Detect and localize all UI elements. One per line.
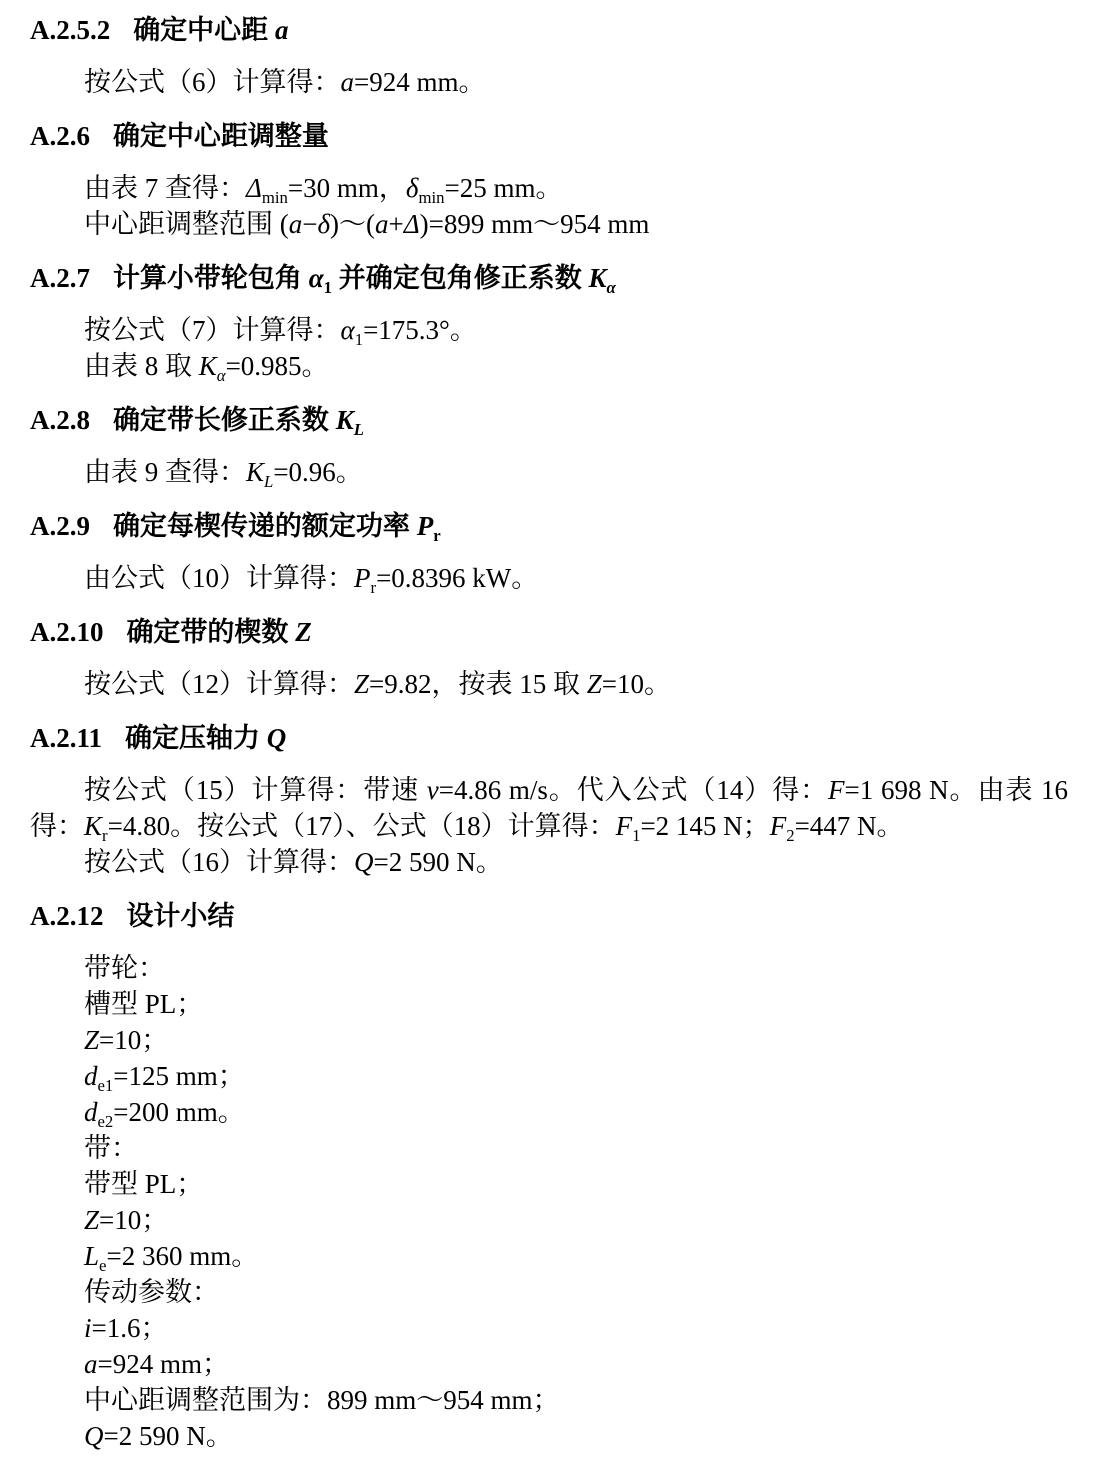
text-segment: a [341,67,355,97]
text-segment: =2 590 N。 [374,847,503,877]
paragraph: 按公式（6）计算得：a=924 mm。 [30,64,1068,100]
document-body: A.2.5.2确定中心距 a按公式（6）计算得：a=924 mm。A.2.6确定… [30,12,1068,1454]
text-segment: )～( [330,209,375,239]
text-segment: a [275,15,289,45]
section-title: 确定每楔传递的额定功率 Pr [113,511,441,541]
text-segment: 由表 8 取 [84,351,199,381]
text-segment: =200 mm。 [113,1097,244,1127]
section-number: A.2.11 [30,723,102,753]
text-segment: 传动参数： [84,1277,219,1307]
text-segment: + [389,209,404,239]
paragraph: Z=10； [30,1022,1068,1058]
text-segment: 带： [84,1133,138,1163]
text-segment: 确定中心距调整量 [113,121,329,151]
text-segment: =447 N。 [795,811,904,841]
text-segment: 并确定包角修正系数 [332,263,589,293]
paragraph: 按公式（7）计算得：α1=175.3°。 [30,312,1068,348]
text-segment: a [375,209,389,239]
text-segment: r [433,526,440,545]
text-segment: =2 145 N； [640,811,769,841]
text-segment: δ [406,173,419,203]
document-page: A.2.5.2确定中心距 a按公式（6）计算得：a=924 mm。A.2.6确定… [0,0,1098,1474]
text-segment: e2 [98,1112,114,1131]
paragraph: de2=200 mm。 [30,1094,1068,1130]
text-segment: K [84,811,102,841]
text-segment: d [84,1097,98,1127]
section-heading: A.2.9确定每楔传递的额定功率 Pr [30,508,1068,544]
text-segment: a [84,1349,98,1379]
text-segment: =125 mm； [113,1061,244,1091]
text-segment: Q [354,847,374,877]
paragraph: 中心距调整范围为：899 mm～954 mm； [30,1382,1068,1418]
text-segment: min [262,188,288,207]
text-segment: )=899 mm～954 mm [420,209,650,239]
text-segment: 按公式（12）计算得： [84,669,354,699]
paragraph: 按公式（12）计算得：Z=9.82，按表 15 取 Z=10。 [30,666,1068,702]
text-segment: 中心距调整范围为：899 mm～954 mm； [84,1385,560,1415]
paragraph: de1=125 mm； [30,1058,1068,1094]
text-segment: 中心距调整范围 ( [84,209,289,239]
text-segment: =10。 [602,669,671,699]
section-title: 确定带长修正系数 KL [113,405,364,435]
text-segment: K [199,351,217,381]
text-segment: 由表 9 查得： [84,457,246,487]
section-number: A.2.12 [30,901,104,931]
section-number: A.2.7 [30,263,90,293]
text-segment: 按公式（7）计算得： [84,315,341,345]
text-segment: 槽型 PL； [84,989,203,1019]
paragraph: Q=2 590 N。 [30,1418,1068,1454]
section-number: A.2.8 [30,405,90,435]
text-segment: Z [84,1205,99,1235]
text-segment: 带型 PL； [84,1169,203,1199]
text-segment: 由表 7 查得： [84,173,246,203]
text-segment: α [217,366,226,385]
text-segment: Z [587,669,602,699]
section-heading: A.2.8确定带长修正系数 KL [30,402,1068,438]
text-segment: K [336,405,354,435]
text-segment: 2 [786,826,794,845]
text-segment: Z [354,669,369,699]
paragraph: 传动参数： [30,1274,1068,1310]
text-segment: Q [267,723,287,753]
text-segment: Z [84,1025,99,1055]
text-segment: α [607,278,616,297]
paragraph: 带型 PL； [30,1166,1068,1202]
text-segment: P [417,511,434,541]
section-heading: A.2.12设计小结 [30,898,1068,934]
text-segment: L [84,1241,99,1271]
section-heading: A.2.5.2确定中心距 a [30,12,1068,48]
text-segment: d [84,1061,98,1091]
text-segment: min [418,188,444,207]
text-segment: K [589,263,607,293]
text-segment: =2 360 mm。 [106,1241,258,1271]
section-heading: A.2.6确定中心距调整量 [30,118,1068,154]
section-heading: A.2.11确定压轴力 Q [30,720,1068,756]
paragraph: 带轮： [30,950,1068,986]
text-segment: i [84,1313,92,1343]
text-segment: =2 590 N。 [104,1421,233,1451]
paragraph: i=1.6； [30,1310,1068,1346]
text-segment: =1.6； [92,1313,168,1343]
text-segment: 确定带长修正系数 [113,405,336,435]
text-segment: =25 mm。 [445,173,563,203]
section-title: 计算小带轮包角 α1 并确定包角修正系数 Kα [113,263,616,293]
text-segment: L [354,420,364,439]
text-segment: P [354,563,371,593]
text-segment: F [770,811,787,841]
text-segment: Q [84,1421,104,1451]
text-segment: =4.86 m/s。代入公式（14）得： [439,775,828,805]
text-segment: 1 [355,330,363,349]
text-segment: =9.82，按表 15 取 [369,669,587,699]
text-segment: F [828,775,845,805]
paragraph: 由表 8 取 Kα=0.985。 [30,348,1068,384]
section-title: 设计小结 [126,901,234,931]
text-segment: Δ [404,209,420,239]
section-number: A.2.9 [30,511,90,541]
text-segment: 设计小结 [126,901,234,931]
paragraph: Le=2 360 mm。 [30,1238,1068,1274]
paragraph: 带： [30,1130,1068,1166]
text-segment: =0.96。 [273,457,362,487]
paragraph: 中心距调整范围 (a−δ)～(a+Δ)=899 mm～954 mm [30,206,1068,242]
text-segment: =10； [99,1205,168,1235]
text-segment: 1 [324,278,332,297]
text-segment: − [302,209,317,239]
text-segment: 按公式（6）计算得： [84,67,341,97]
text-segment: 确定压轴力 [125,723,267,753]
paragraph: 由公式（10）计算得：Pr=0.8396 kW。 [30,560,1068,596]
text-segment: =10； [99,1025,168,1055]
paragraph: a=924 mm； [30,1346,1068,1382]
section-title: 确定压轴力 Q [125,723,286,753]
text-segment: α [309,263,324,293]
text-segment: 带轮： [84,953,165,983]
text-segment: 确定中心距 [133,15,275,45]
text-segment: =924 mm； [98,1349,229,1379]
text-segment: L [264,472,273,491]
text-segment: α [341,315,355,345]
text-segment: =4.80。按公式（17）、公式（18）计算得： [108,811,616,841]
text-segment: 按公式（16）计算得： [84,847,354,877]
paragraph: Z=10； [30,1202,1068,1238]
text-segment: Δ [246,173,262,203]
paragraph: 槽型 PL； [30,986,1068,1022]
paragraph: 由表 9 查得：KL=0.96。 [30,454,1068,490]
paragraph: 由表 7 查得：Δmin=30 mm，δmin=25 mm。 [30,170,1068,206]
text-segment: 计算小带轮包角 [113,263,309,293]
text-segment: 确定带的楔数 [126,617,295,647]
paragraph: 按公式（16）计算得：Q=2 590 N。 [30,844,1068,880]
text-segment: =0.985。 [226,351,329,381]
text-segment: δ [317,209,330,239]
text-segment: =30 mm， [288,173,406,203]
text-segment: a [289,209,303,239]
section-title: 确定中心距 a [133,15,288,45]
text-segment: 按公式（15）计算得：带速 [84,775,427,805]
section-number: A.2.6 [30,121,90,151]
section-number: A.2.10 [30,617,104,647]
section-heading: A.2.7计算小带轮包角 α1 并确定包角修正系数 Kα [30,260,1068,296]
text-segment: F [616,811,633,841]
text-segment: =175.3°。 [363,315,477,345]
text-segment: Z [295,617,312,647]
text-segment: K [246,457,264,487]
text-segment: v [427,775,439,805]
text-segment: 确定每楔传递的额定功率 [113,511,417,541]
text-segment: =924 mm。 [354,67,485,97]
paragraph: 按公式（15）计算得：带速 v=4.86 m/s。代入公式（14）得：F=1 6… [30,772,1068,844]
section-number: A.2.5.2 [30,15,110,45]
text-segment: 由公式（10）计算得： [84,563,354,593]
section-heading: A.2.10确定带的楔数 Z [30,614,1068,650]
section-title: 确定中心距调整量 [113,121,329,151]
text-segment: =0.8396 kW。 [376,563,538,593]
text-segment: e1 [98,1076,114,1095]
section-title: 确定带的楔数 Z [126,617,311,647]
